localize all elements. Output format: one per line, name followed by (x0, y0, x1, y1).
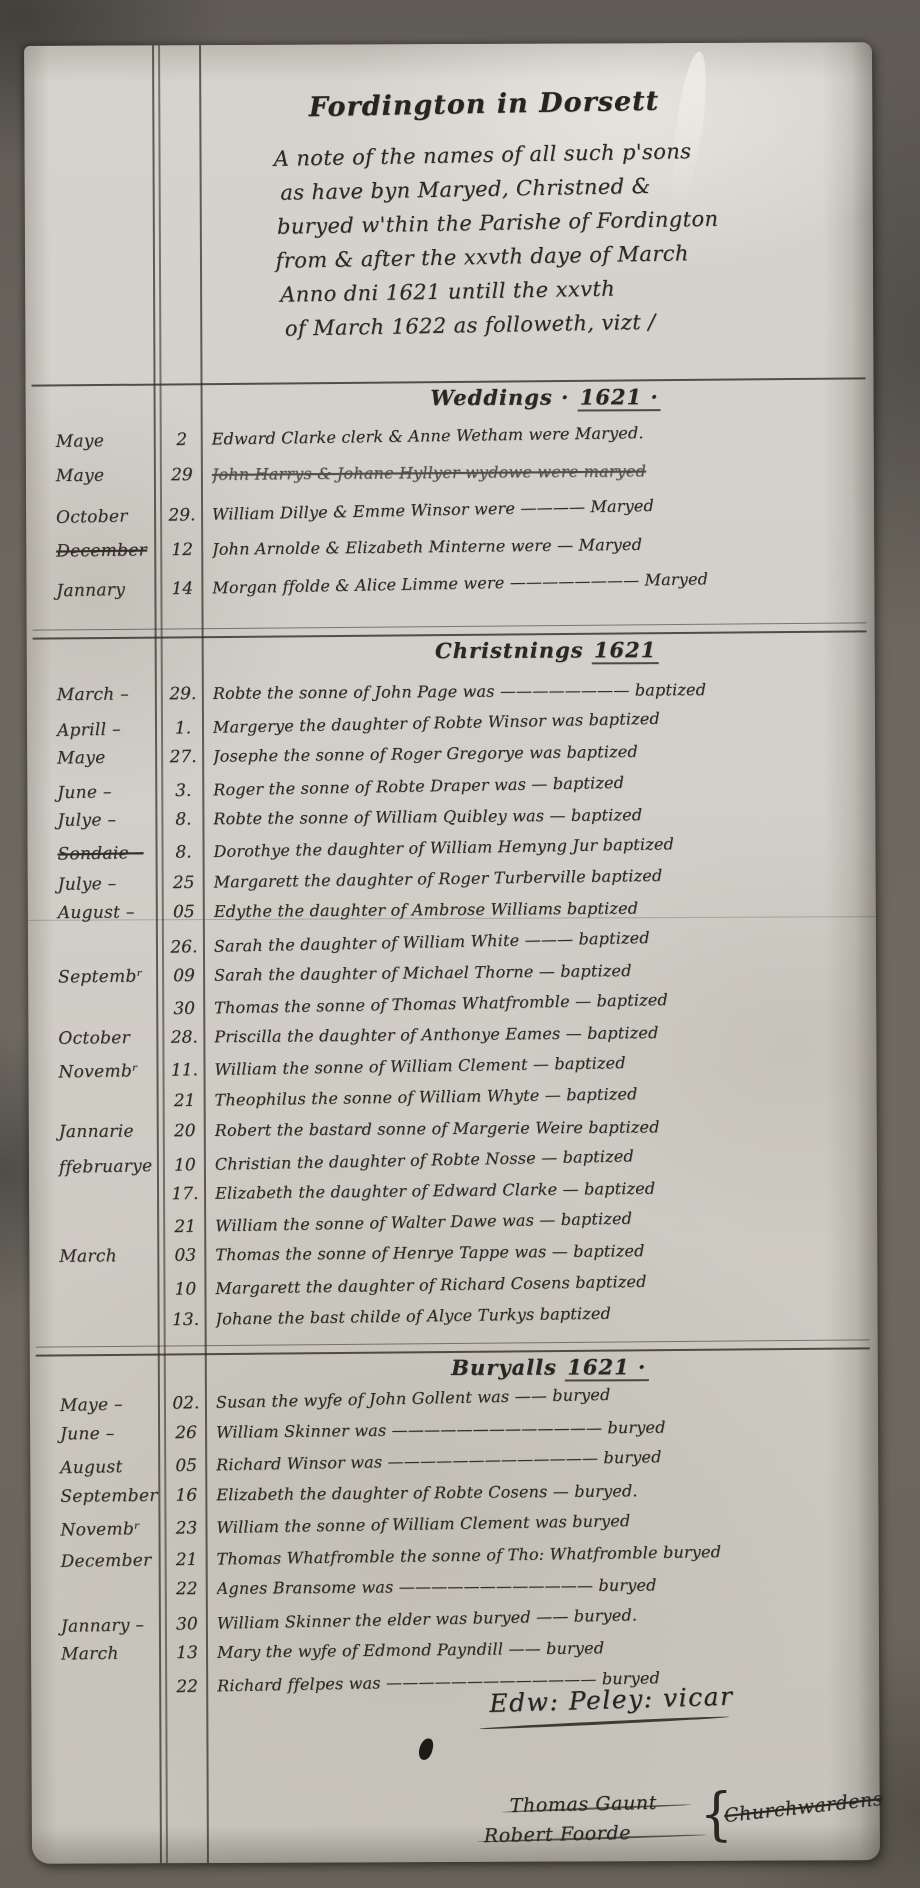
scanned-register-screenshot: { "page": { "title": "Fordington in Dors… (0, 0, 920, 1888)
entry-text: Susan the wyfe of John Gollent was —— bu… (216, 1380, 864, 1412)
day-cell: 10 (167, 1155, 203, 1176)
month-cell: March (61, 1643, 161, 1664)
section-rows: March –29.Robte the sonne of John Page w… (27, 680, 878, 1339)
month-cell: June – (60, 1423, 160, 1444)
section-heading: Christnings 1621 (347, 637, 747, 664)
month-cell: Septembʳ (58, 966, 158, 987)
day-cell: 30 (169, 1614, 205, 1635)
month-cell: March – (57, 684, 157, 705)
month-cell: August – (58, 903, 158, 924)
day-cell: 29 (164, 465, 200, 485)
month-cell: Novembʳ (58, 1061, 158, 1083)
month-cell: Jannarie (59, 1121, 159, 1142)
month-cell: December (60, 1550, 160, 1571)
day-cell: 8. (165, 809, 201, 829)
day-cell: 05 (168, 1456, 204, 1477)
section-heading: Buryalls 1621 · (350, 1354, 750, 1381)
day-cell: 26 (168, 1422, 204, 1442)
month-cell: Maye (56, 465, 156, 486)
vicar-signature: Edw: Peley: vicar (489, 1682, 734, 1718)
register-page: Fordington in Dorsett A note of the name… (24, 42, 880, 1864)
section-heading-label: Buryalls (451, 1355, 565, 1380)
month-cell: ffebruarye (59, 1156, 159, 1178)
month-cell (58, 999, 158, 1001)
day-cell: 2 (164, 430, 200, 451)
section-heading-year: 1621 · (578, 384, 661, 411)
month-cell: March (59, 1246, 159, 1267)
section-heading-year: 1621 · (565, 1354, 648, 1381)
month-cell: Maye – (60, 1394, 160, 1416)
day-cell: 21 (166, 1091, 202, 1112)
month-cell: Jannary – (61, 1614, 161, 1636)
day-cell: 29. (165, 684, 201, 704)
month-cell: Maye (57, 748, 157, 769)
entry-text: Agnes Bransome was ———————————— buryed (217, 1574, 865, 1598)
month-cell: Novembʳ (60, 1519, 160, 1541)
month-cell (59, 1218, 159, 1220)
month-cell: Julye – (58, 873, 158, 894)
month-cell (59, 1184, 159, 1185)
day-cell: 14 (164, 579, 200, 600)
month-cell: Sondaie – (57, 843, 157, 865)
month-cell (58, 937, 158, 939)
month-cell (61, 1677, 161, 1679)
month-cell: October (56, 506, 156, 528)
churchwarden-signature-1: Thomas Gaunt (509, 1792, 657, 1817)
day-cell: 22 (169, 1579, 205, 1599)
day-cell: 17. (167, 1184, 203, 1204)
day-cell: 23 (168, 1518, 204, 1539)
day-cell: 26. (166, 937, 202, 958)
month-cell: August (60, 1456, 160, 1478)
ink-blot (417, 1737, 434, 1761)
day-cell: 28. (166, 1027, 202, 1047)
month-cell (58, 1092, 158, 1093)
day-cell: 30 (166, 998, 202, 1019)
day-cell: 11. (166, 1060, 202, 1081)
month-cell: June – (57, 781, 157, 803)
day-cell: 20 (167, 1121, 203, 1141)
day-cell: 09 (166, 966, 202, 986)
entry-text: Edward Clarke clerk & Anne Wetham were M… (212, 420, 860, 449)
day-cell: 25 (166, 873, 202, 894)
section-rows: Maye2Edward Clarke clerk & Anne Wetham w… (26, 424, 875, 613)
preamble-lines: A note of the names of all such p'sonsas… (273, 131, 857, 346)
churchwardens-label: Churchwardens (723, 1788, 884, 1827)
day-cell: 16 (168, 1485, 204, 1505)
day-cell: 8. (165, 842, 201, 863)
signature-flourish (479, 1715, 729, 1730)
section-rule-weddings-a (33, 622, 867, 630)
day-cell: 22 (169, 1676, 205, 1697)
section-heading-label: Christnings (435, 637, 592, 663)
month-cell: September (60, 1485, 160, 1506)
month-cell: Maye (56, 430, 156, 451)
page-title: Fordington in Dorsett (309, 82, 853, 123)
month-cell: Julye – (57, 810, 157, 831)
entry-text: Robte the sonne of John Page was ———————… (213, 679, 861, 703)
day-cell: 10 (167, 1279, 203, 1300)
day-cell: 27. (165, 747, 201, 767)
day-cell: 3. (165, 780, 201, 801)
section-heading: Weddings · 1621 · (346, 384, 746, 411)
day-cell: 21 (168, 1549, 204, 1570)
day-cell: 02. (168, 1393, 204, 1414)
month-cell: Aprill – (57, 719, 157, 741)
month-cell: December (56, 540, 156, 561)
month-cell (59, 1279, 159, 1281)
entry-text: John Harrys & Johane Hyllyer wydowe were… (212, 460, 860, 484)
section-heading-year: 1621 (592, 637, 659, 664)
section-rows: Maye –02.Susan the wyfe of John Gollent … (30, 1386, 879, 1705)
day-cell: 13 (169, 1643, 205, 1663)
churchwarden-signature-2: Robert Foorde (484, 1822, 632, 1847)
month-cell: October (58, 1028, 158, 1049)
day-cell: 12 (164, 540, 200, 560)
day-cell: 1. (165, 718, 201, 739)
day-cell: 03 (167, 1246, 203, 1266)
section-heading-label: Weddings · (430, 384, 577, 410)
month-cell (61, 1579, 161, 1580)
day-cell: 29. (164, 505, 200, 526)
entry-text: Edythe the daughter of Ambrose Williams … (214, 897, 862, 921)
month-cell: Jannary (56, 579, 156, 601)
day-cell: 05 (166, 902, 202, 922)
day-cell: 13. (167, 1309, 203, 1330)
day-cell: 21 (167, 1217, 203, 1238)
preamble: Fordington in Dorsett A note of the name… (272, 78, 857, 346)
